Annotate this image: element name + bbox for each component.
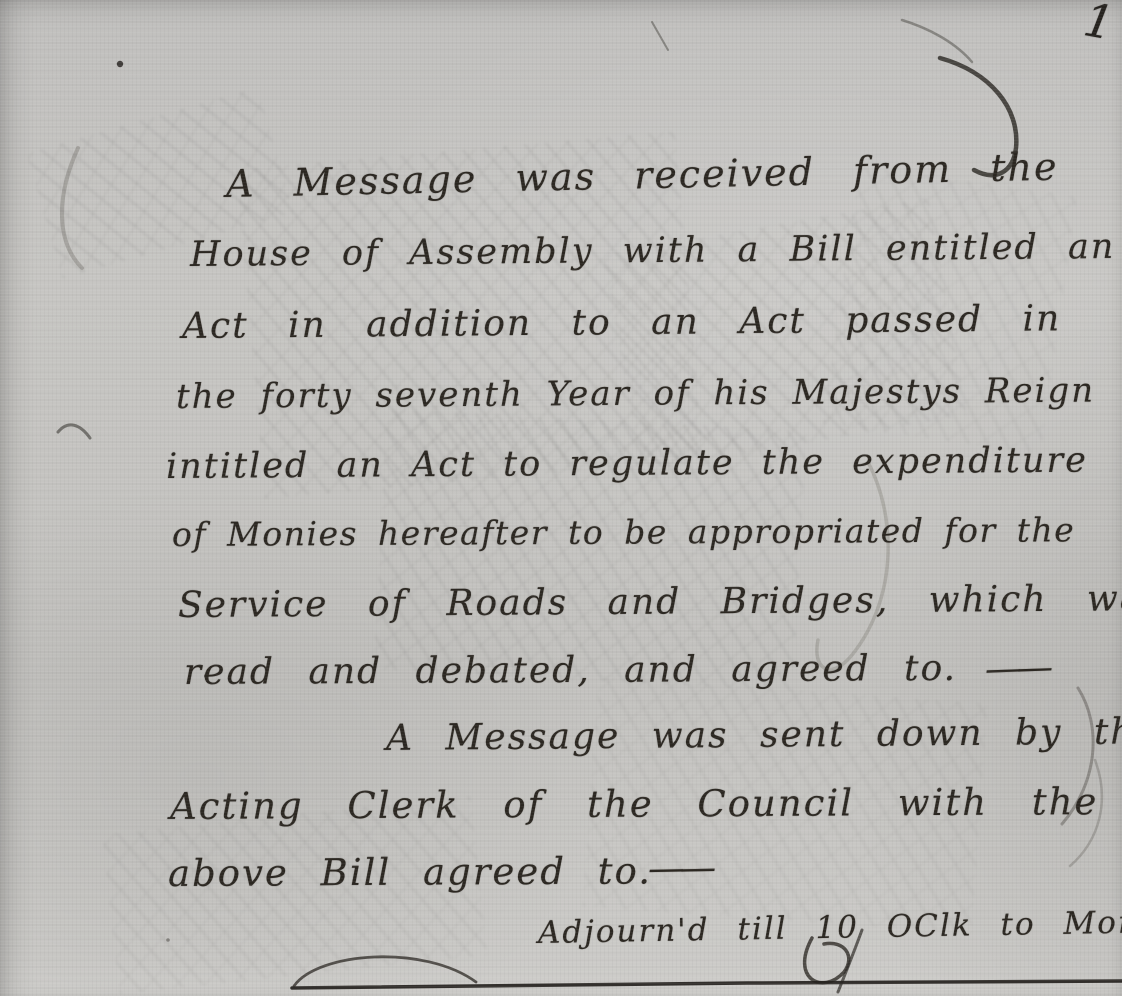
bleedthrough-curve (62, 148, 82, 268)
trailing-dash: —— (648, 847, 713, 889)
ink-speck (166, 938, 170, 942)
closing-rule-line (292, 981, 1122, 988)
manuscript-line: above Bill agreed to. (168, 849, 652, 895)
manuscript-line: intitled an Act to regulate the expendit… (166, 441, 1088, 487)
flourish-stroke (902, 20, 972, 62)
stray-ink-stroke (652, 22, 668, 50)
trailing-dash: —— (984, 647, 1049, 690)
bleedthrough-loop (817, 462, 888, 670)
manuscript-line: Acting Clerk of the Council with the (170, 780, 1099, 828)
manuscript-line: the forty seventh Year of his Majestys R… (176, 371, 1095, 417)
manuscript-line: A Message was received from the (226, 145, 1059, 206)
ink-speck (117, 61, 123, 67)
margin-tick-mark (58, 425, 90, 438)
manuscript-line: read and debated, and agreed to. (184, 648, 957, 693)
manuscript-scan-page: A Message was received from the House of… (0, 0, 1122, 996)
manuscript-line: A Message was sent down by the (386, 711, 1122, 759)
manuscript-line: Act in addition to an Act passed in (182, 298, 1062, 347)
manuscript-line: Adjourn'd till 10 OClk to Morrow (538, 903, 1122, 951)
manuscript-line: Service of Roads and Bridges, which was (178, 578, 1122, 626)
manuscript-line: of Monies hereafter to be appropriated f… (172, 510, 1075, 554)
manuscript-line: House of Assembly with a Bill entitled a… (190, 227, 1116, 275)
page-number: 17 (1080, 0, 1122, 58)
closing-rule-loop (294, 957, 476, 986)
